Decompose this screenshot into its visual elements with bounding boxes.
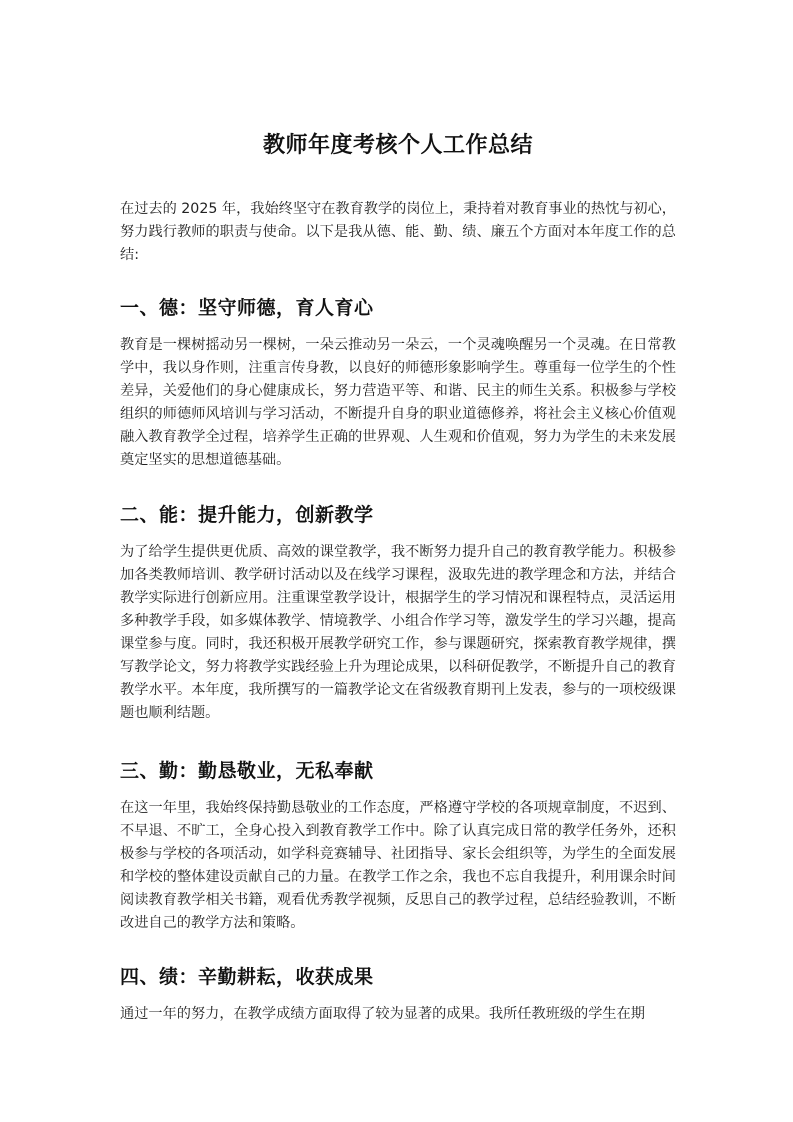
section-body-ability: 为了给学生提供更优质、高效的课堂教学，我不断努力提升自己的教育教学能力。积极参加… (120, 541, 676, 725)
section-heading-achievement: 四、绩：辛勤耕耘，收获成果 (120, 962, 676, 989)
section-heading-diligence: 三、勤：勤恳敬业，无私奉献 (120, 756, 676, 783)
section-body-virtue: 教育是一棵树摇动另一棵树，一朵云推动另一朵云，一个灵魂唤醒另一个灵魂。在日常教学… (120, 334, 676, 472)
document-title: 教师年度考核个人工作总结 (120, 128, 676, 159)
section-body-achievement: 通过一年的努力，在教学成绩方面取得了较为显著的成果。我所任教班级的学生在期 (120, 1003, 676, 1026)
section-heading-virtue: 一、德：坚守师德，育人育心 (120, 293, 676, 320)
section-heading-ability: 二、能：提升能力，创新教学 (120, 500, 676, 527)
section-body-diligence: 在这一年里，我始终保持勤恳敬业的工作态度，严格遵守学校的各项规章制度，不迟到、不… (120, 797, 676, 935)
intro-paragraph: 在过去的 2025 年，我始终坚守在教育教学的岗位上，秉持着对教育事业的热忱与初… (120, 198, 676, 267)
